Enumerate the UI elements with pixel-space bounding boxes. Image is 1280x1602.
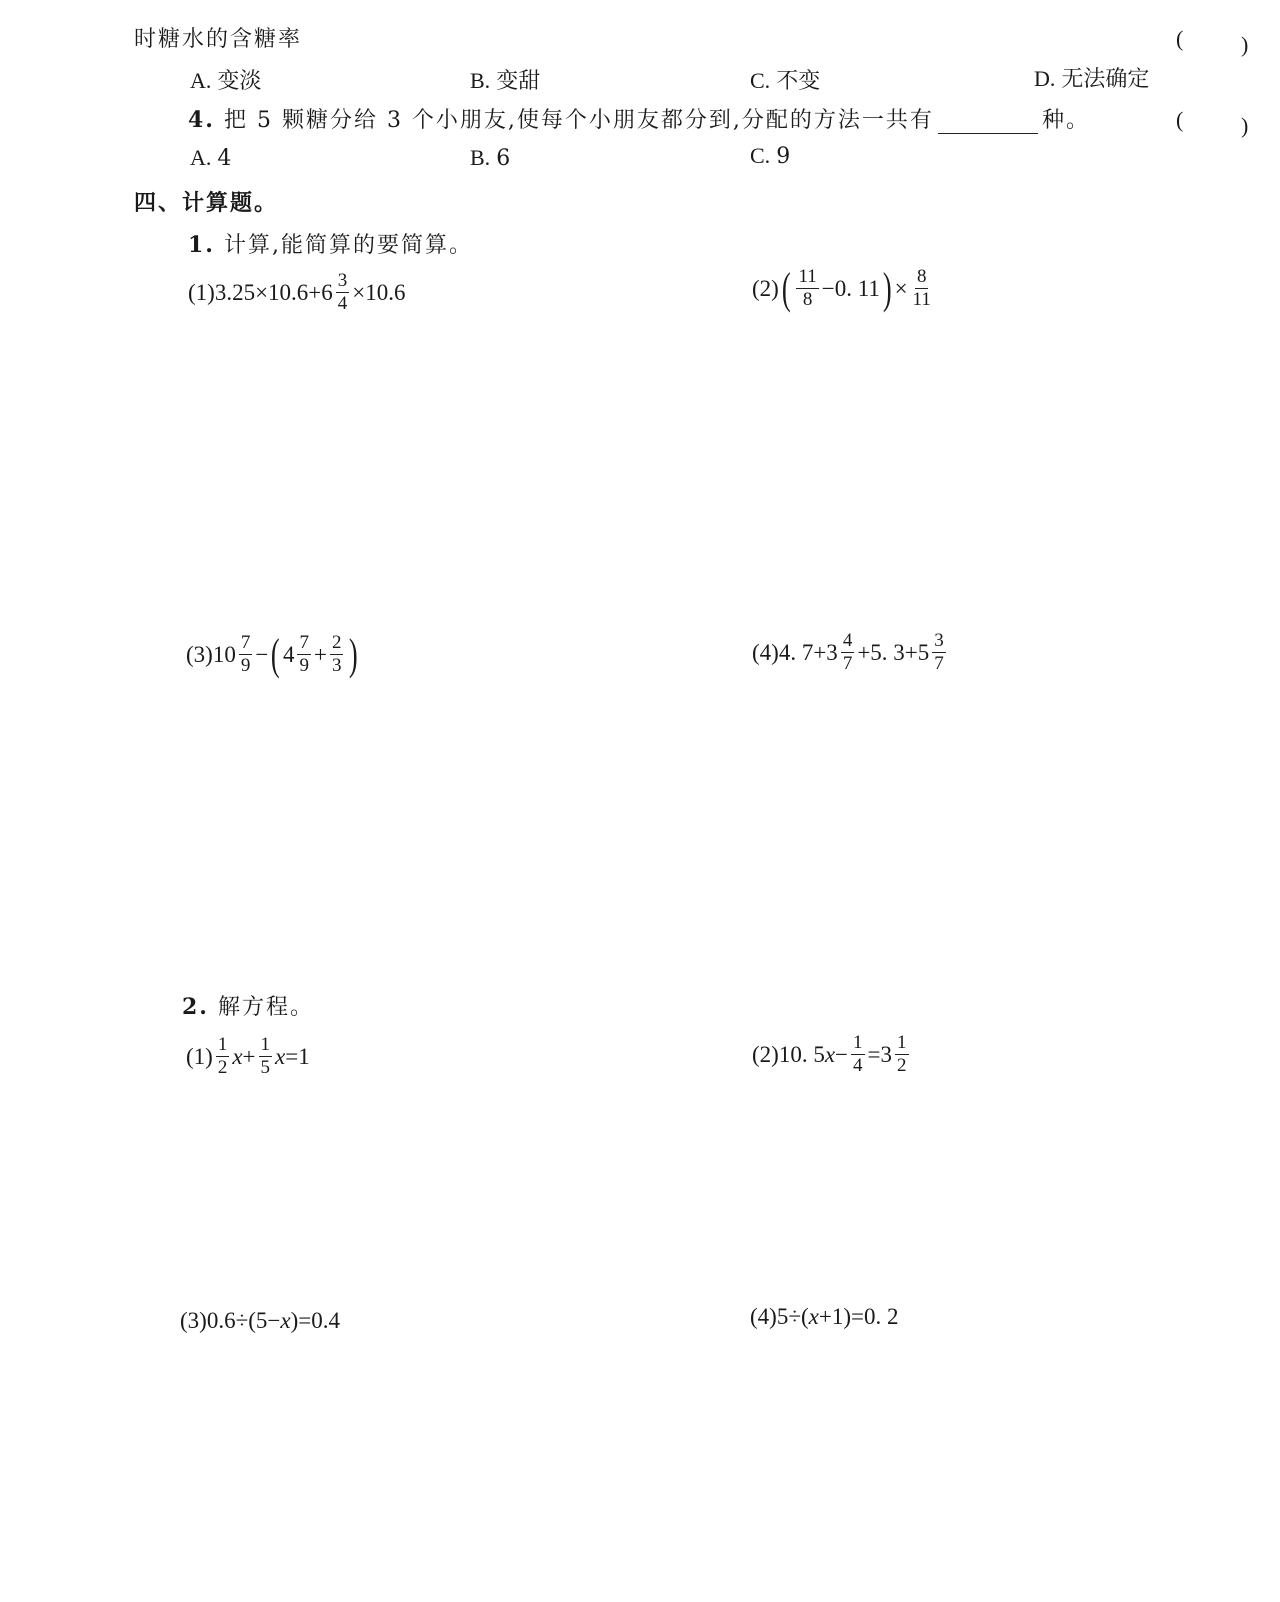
fraction: 15 — [259, 1034, 273, 1079]
question-text-end: 种。 — [1042, 108, 1090, 133]
variable-x: x — [280, 1308, 290, 1334]
right-paren: ) — [349, 635, 358, 675]
equation-2: (2) 10. 5x − 14 =3 12 — [752, 1032, 912, 1077]
option-c: C.9 — [750, 143, 790, 169]
option-label: C. — [750, 68, 770, 93]
denominator: 7 — [932, 653, 946, 675]
expression-part: 3.25×10.6+6 — [215, 280, 333, 306]
numerator: 1 — [895, 1032, 909, 1055]
denominator: 11 — [911, 289, 933, 311]
variable-x: x — [275, 1044, 285, 1070]
part-2-instruction: 2. 解方程。 — [182, 990, 314, 1021]
problem-id: (1) — [186, 1044, 213, 1070]
numerator: 8 — [915, 266, 929, 289]
equation-3: (3) 0.6÷(5−x)=0.4 — [180, 1308, 340, 1334]
plus-sign: + — [243, 1044, 256, 1070]
calc-problem-3: (3) 10 79 − ( 4 79 + 23 ) — [186, 632, 361, 677]
variable-x: x — [809, 1304, 819, 1330]
denominator: 4 — [851, 1055, 865, 1077]
option-text: 不变 — [776, 69, 820, 94]
question-text: 把 5 颗糖分给 3 个小朋友,使每个小朋友都分到,分配的方法一共有 — [224, 108, 934, 133]
denominator: 3 — [330, 655, 344, 677]
fraction: 79 — [297, 632, 311, 677]
numerator: 4 — [841, 630, 855, 653]
expression-part: +5. 3+5 — [857, 640, 929, 666]
option-text: 无法确定 — [1061, 67, 1149, 92]
right-paren: ) — [883, 269, 892, 309]
denominator: 5 — [259, 1057, 273, 1079]
denominator: 9 — [239, 655, 253, 677]
fraction: 14 — [851, 1032, 865, 1077]
question-4-stem: 4. 把 5 颗糖分给 3 个小朋友,使每个小朋友都分到,分配的方法一共有种。 — [188, 103, 1090, 134]
expression-part: 0.6÷(5− — [207, 1308, 281, 1334]
option-b: B.6 — [470, 145, 510, 171]
left-paren: ( — [782, 269, 791, 309]
problem-id: (2) — [752, 1042, 779, 1068]
option-text: 4 — [217, 146, 231, 171]
numerator: 3 — [336, 270, 350, 293]
question-3-stem: 时糖水的含糖率 — [134, 22, 302, 53]
fraction: 118 — [796, 266, 818, 311]
option-d: D.无法确定 — [1034, 62, 1149, 93]
answer-paren-right: ) — [1241, 113, 1248, 139]
variable-x: x — [232, 1044, 242, 1070]
instruction-text: 计算,能简算的要简算。 — [224, 233, 473, 258]
calc-problem-4: (4) 4. 7+3 47 +5. 3+5 37 — [752, 630, 949, 675]
expression-part: ×10.6 — [352, 280, 405, 306]
option-a: A.4 — [190, 145, 231, 171]
answer-paren-right: ) — [1241, 32, 1248, 58]
denominator: 2 — [216, 1057, 230, 1079]
option-label: B. — [470, 145, 490, 170]
minus-sign: − — [835, 1042, 848, 1068]
answer-blank[interactable] — [938, 113, 1038, 134]
option-b: B.变甜 — [470, 64, 540, 95]
fraction: 12 — [895, 1032, 909, 1077]
option-label: D. — [1034, 66, 1055, 91]
equation-4: (4) 5÷(x+1)=0. 2 — [750, 1304, 898, 1330]
instruction-text: 解方程。 — [218, 995, 314, 1020]
fraction: 23 — [330, 632, 344, 677]
expression-part: +1)=0. 2 — [819, 1304, 899, 1330]
expression-part: 5÷( — [777, 1304, 809, 1330]
variable-x: x — [825, 1042, 835, 1068]
option-c: C.不变 — [750, 64, 820, 95]
plus-sign: + — [314, 642, 327, 668]
answer-paren-left: ( — [1176, 26, 1183, 52]
problem-id: (4) — [750, 1304, 777, 1330]
fraction: 37 — [932, 630, 946, 675]
numerator: 1 — [259, 1034, 273, 1057]
fraction: 811 — [911, 266, 933, 311]
option-a: A.变淡 — [190, 64, 261, 95]
option-label: A. — [190, 68, 211, 93]
denominator: 4 — [336, 293, 350, 315]
option-label: A. — [190, 145, 211, 170]
question-number: 4. — [188, 107, 215, 133]
problem-id: (2) — [752, 276, 779, 302]
problem-id: (1) — [188, 280, 215, 306]
numerator: 11 — [796, 266, 818, 289]
problem-id: (3) — [186, 642, 213, 668]
option-text: 9 — [776, 144, 790, 169]
right-hand-side: =1 — [285, 1044, 309, 1070]
numerator: 2 — [330, 632, 344, 655]
expression-part: −0. 11 — [822, 276, 880, 302]
denominator: 7 — [841, 653, 855, 675]
expression-part: 4. 7+3 — [779, 640, 838, 666]
fraction: 47 — [841, 630, 855, 675]
numerator: 1 — [216, 1034, 230, 1057]
expression-part: )=0.4 — [291, 1308, 340, 1334]
calc-problem-2: (2) ( 118 −0. 11 ) × 811 — [752, 266, 936, 311]
numerator: 3 — [932, 630, 946, 653]
problem-id: (4) — [752, 640, 779, 666]
problem-id: (3) — [180, 1308, 207, 1334]
coefficient: 10. 5 — [779, 1042, 825, 1068]
minus-sign: − — [255, 642, 268, 668]
option-label: B. — [470, 68, 490, 93]
part-number: 1. — [188, 232, 215, 258]
numerator: 7 — [297, 632, 311, 655]
option-text: 变淡 — [217, 69, 261, 94]
fraction: 12 — [216, 1034, 230, 1079]
times-sign: × — [895, 276, 908, 302]
part-1-instruction: 1. 计算,能简算的要简算。 — [188, 228, 473, 259]
denominator: 9 — [297, 655, 311, 677]
left-paren: ( — [271, 635, 280, 675]
option-label: C. — [750, 143, 770, 168]
numerator: 7 — [239, 632, 253, 655]
part-number: 2. — [182, 994, 209, 1020]
denominator: 8 — [801, 289, 815, 311]
calc-problem-1: (1) 3.25×10.6+6 34 ×10.6 — [188, 270, 406, 315]
right-hand-side: =3 — [868, 1042, 892, 1068]
fraction: 79 — [239, 632, 253, 677]
numerator: 1 — [851, 1032, 865, 1055]
denominator: 2 — [895, 1055, 909, 1077]
fraction: 34 — [336, 270, 350, 315]
option-text: 变甜 — [496, 69, 540, 94]
section-title: 四、计算题。 — [134, 186, 278, 217]
whole-number: 10 — [213, 642, 236, 668]
equation-1: (1) 12 x + 15 x =1 — [186, 1034, 310, 1079]
option-text: 6 — [496, 146, 510, 171]
whole-number: 4 — [283, 642, 295, 668]
answer-paren-left: ( — [1176, 107, 1183, 133]
